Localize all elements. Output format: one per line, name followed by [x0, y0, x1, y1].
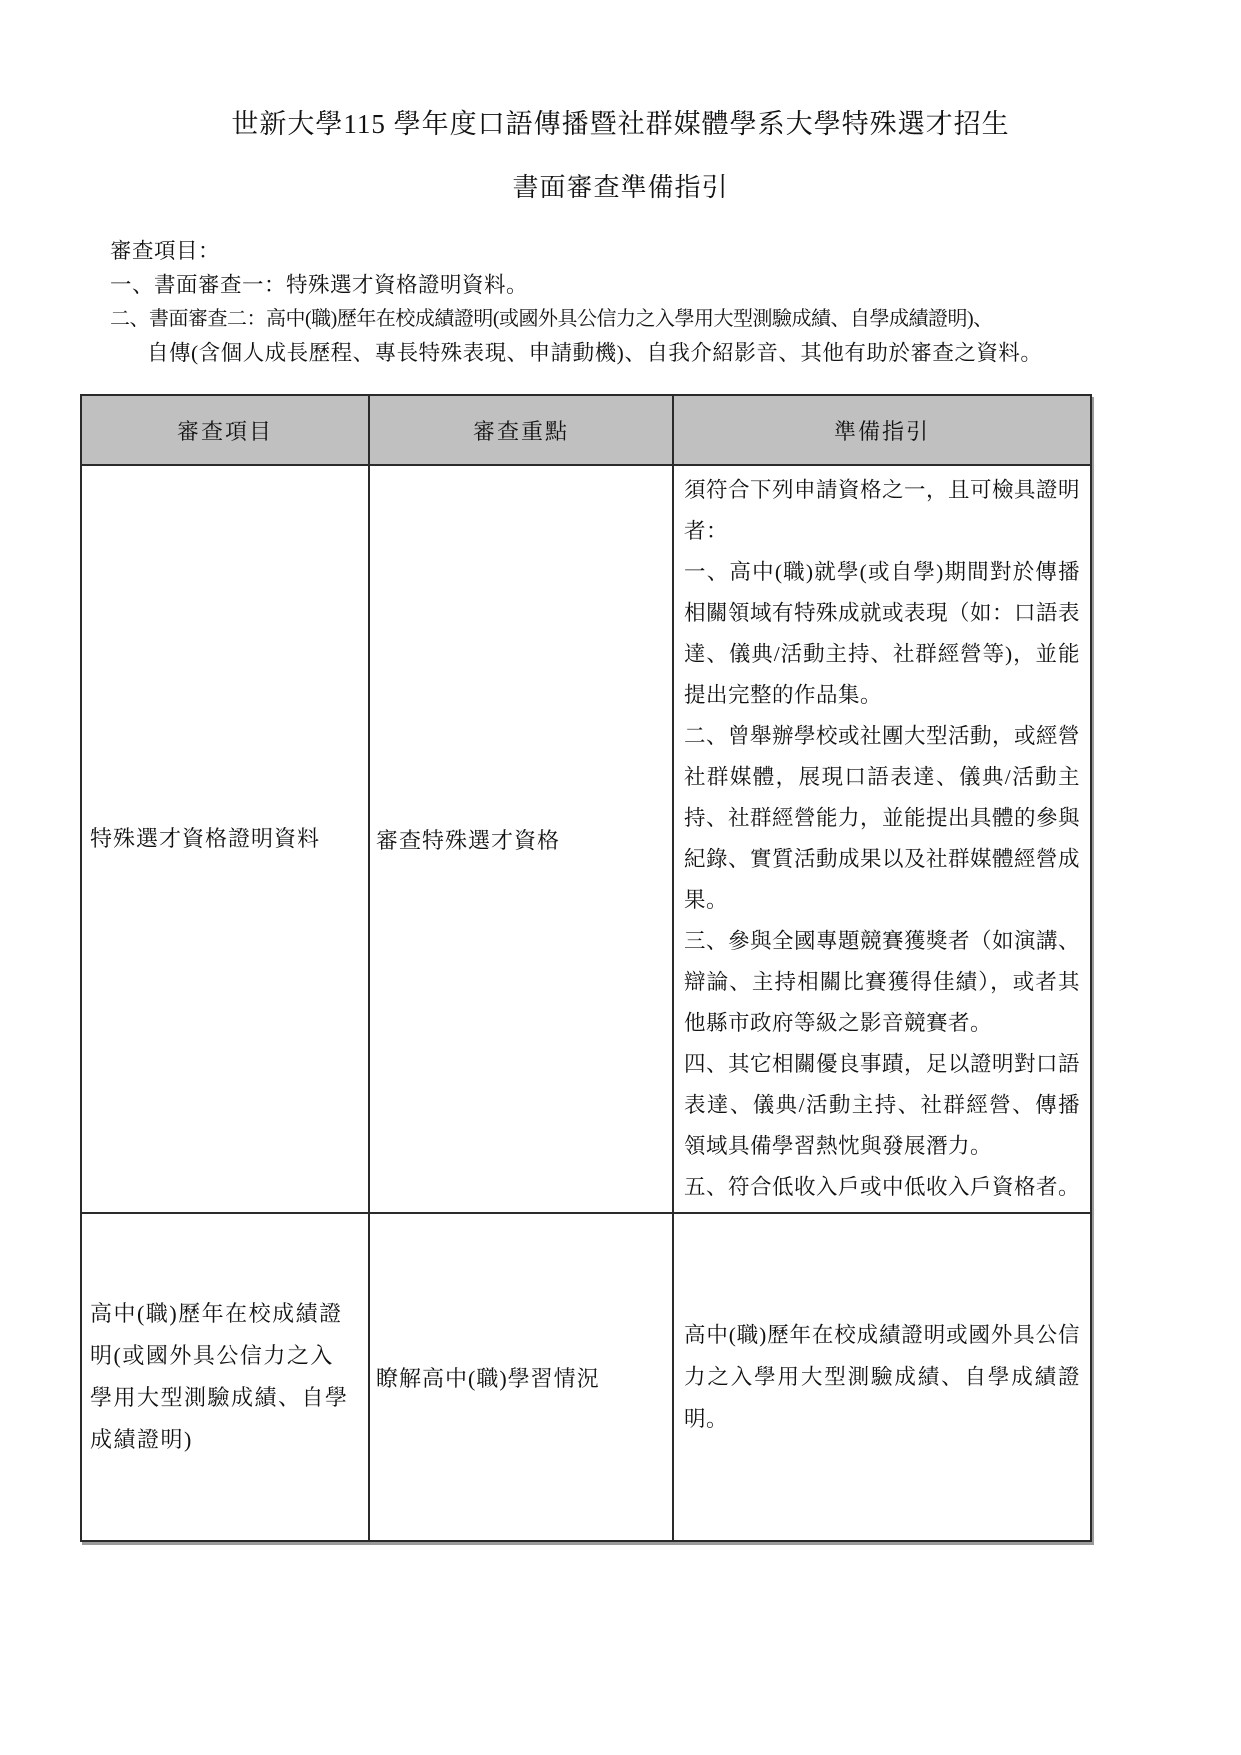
review-items-heading: 審查項目： — [110, 234, 1241, 268]
row2-review-focus-cell: 瞭解高中(職)學習情況 — [369, 1213, 673, 1541]
document-title-line2: 書面審查準備指引 — [0, 167, 1241, 204]
review-item-1: 一、書面審查一：特殊選才資格證明資料。 — [110, 268, 1241, 302]
document-title-line1: 世新大學115 學年度口語傳播暨社群媒體學系大學特殊選才招生 — [0, 102, 1241, 141]
column-header-preparation-guide: 準備指引 — [673, 395, 1091, 465]
document-page: 世新大學115 學年度口語傳播暨社群媒體學系大學特殊選才招生 書面審查準備指引 … — [0, 0, 1241, 1755]
row2-review-item-cell: 高中(職)歷年在校成績證 明(或國外具公信力之入 學用大型測驗成績、自學 成績證… — [81, 1213, 369, 1541]
row1-review-focus-cell: 審查特殊選才資格 — [369, 465, 673, 1213]
row1-review-item-cell: 特殊選才資格證明資料 — [81, 465, 369, 1213]
review-item-2-line2: 自傳(含個人成長歷程、專長特殊表現、申請動機)、自我介紹影音、其他有助於審查之資… — [147, 336, 1241, 370]
column-header-review-focus: 審查重點 — [369, 395, 673, 465]
column-header-review-item: 審查項目 — [81, 395, 369, 465]
table-row-special-talent: 特殊選才資格證明資料 審查特殊選才資格 須符合下列申請資格之一，且可檢具證明者：… — [81, 465, 1091, 1213]
review-item-2-line1: 二、書面審查二：高中(職)歷年在校成績證明(或國外具公信力之入學用大型測驗成績、… — [110, 302, 1241, 336]
row1-preparation-guide-cell: 須符合下列申請資格之一，且可檢具證明者： 一、高中(職)就學(或自學)期間對於傳… — [673, 465, 1091, 1213]
table-header-row: 審查項目 審查重點 準備指引 — [81, 395, 1091, 465]
table-row-transcript: 高中(職)歷年在校成績證 明(或國外具公信力之入 學用大型測驗成績、自學 成績證… — [81, 1213, 1091, 1541]
review-items-section: 審查項目： 一、書面審查一：特殊選才資格證明資料。 二、書面審查二：高中(職)歷… — [110, 234, 1241, 370]
row2-preparation-guide-cell: 高中(職)歷年在校成績證明或國外具公信力之入學用大型測驗成績、自學成績證明。 — [673, 1213, 1091, 1541]
review-guideline-table: 審查項目 審查重點 準備指引 特殊選才資格證明資料 審查特殊選才資格 須符合下列… — [80, 394, 1092, 1542]
